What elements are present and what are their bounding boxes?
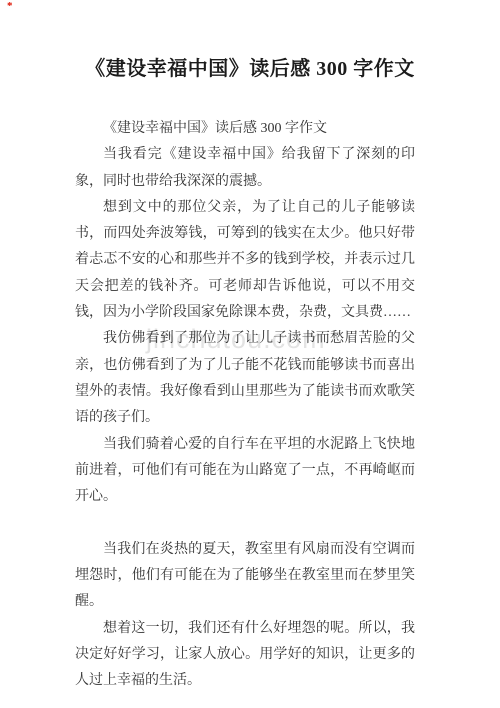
paragraph: 当我看完《建设幸福中国》给我留下了深刻的印象，同时也带给我深深的震撼。: [75, 142, 415, 195]
paragraph: 想到文中的那位父亲，为了让自己的儿子能够读书，而四处奔波筹钱，可筹到的钱实在太少…: [75, 195, 415, 326]
document-page: * 《建设幸福中国》读后感 300 字作文 jinchutou.com 《建设幸…: [0, 0, 500, 708]
paragraph: 当我们在炎热的夏天，教室里有风扇而没有空调而埋怨时，他们有可能在为了能够坐在教室…: [75, 537, 415, 616]
empty-line: [75, 510, 415, 536]
paragraph: 我仿佛看到了那位为了让儿子读书而愁眉苦脸的父亲，也仿佛看到了为了儿子能不花钱而能…: [75, 326, 415, 431]
paragraph: 当我们骑着心爱的自行车在平坦的水泥路上飞快地前进着，可他们有可能在为山路宽了一点…: [75, 432, 415, 511]
paragraph: 想着这一切，我们还有什么好埋怨的呢。所以，我决定好好学习，让家人放心。用学好的知…: [75, 616, 415, 695]
document-body: 《建设幸福中国》读后感 300 字作文当我看完《建设幸福中国》给我留下了深刻的印…: [75, 116, 415, 695]
document-title: 《建设幸福中国》读后感 300 字作文: [0, 52, 500, 81]
red-bom-artifact: *: [7, 1, 13, 11]
paragraph: 《建设幸福中国》读后感 300 字作文: [75, 116, 415, 142]
